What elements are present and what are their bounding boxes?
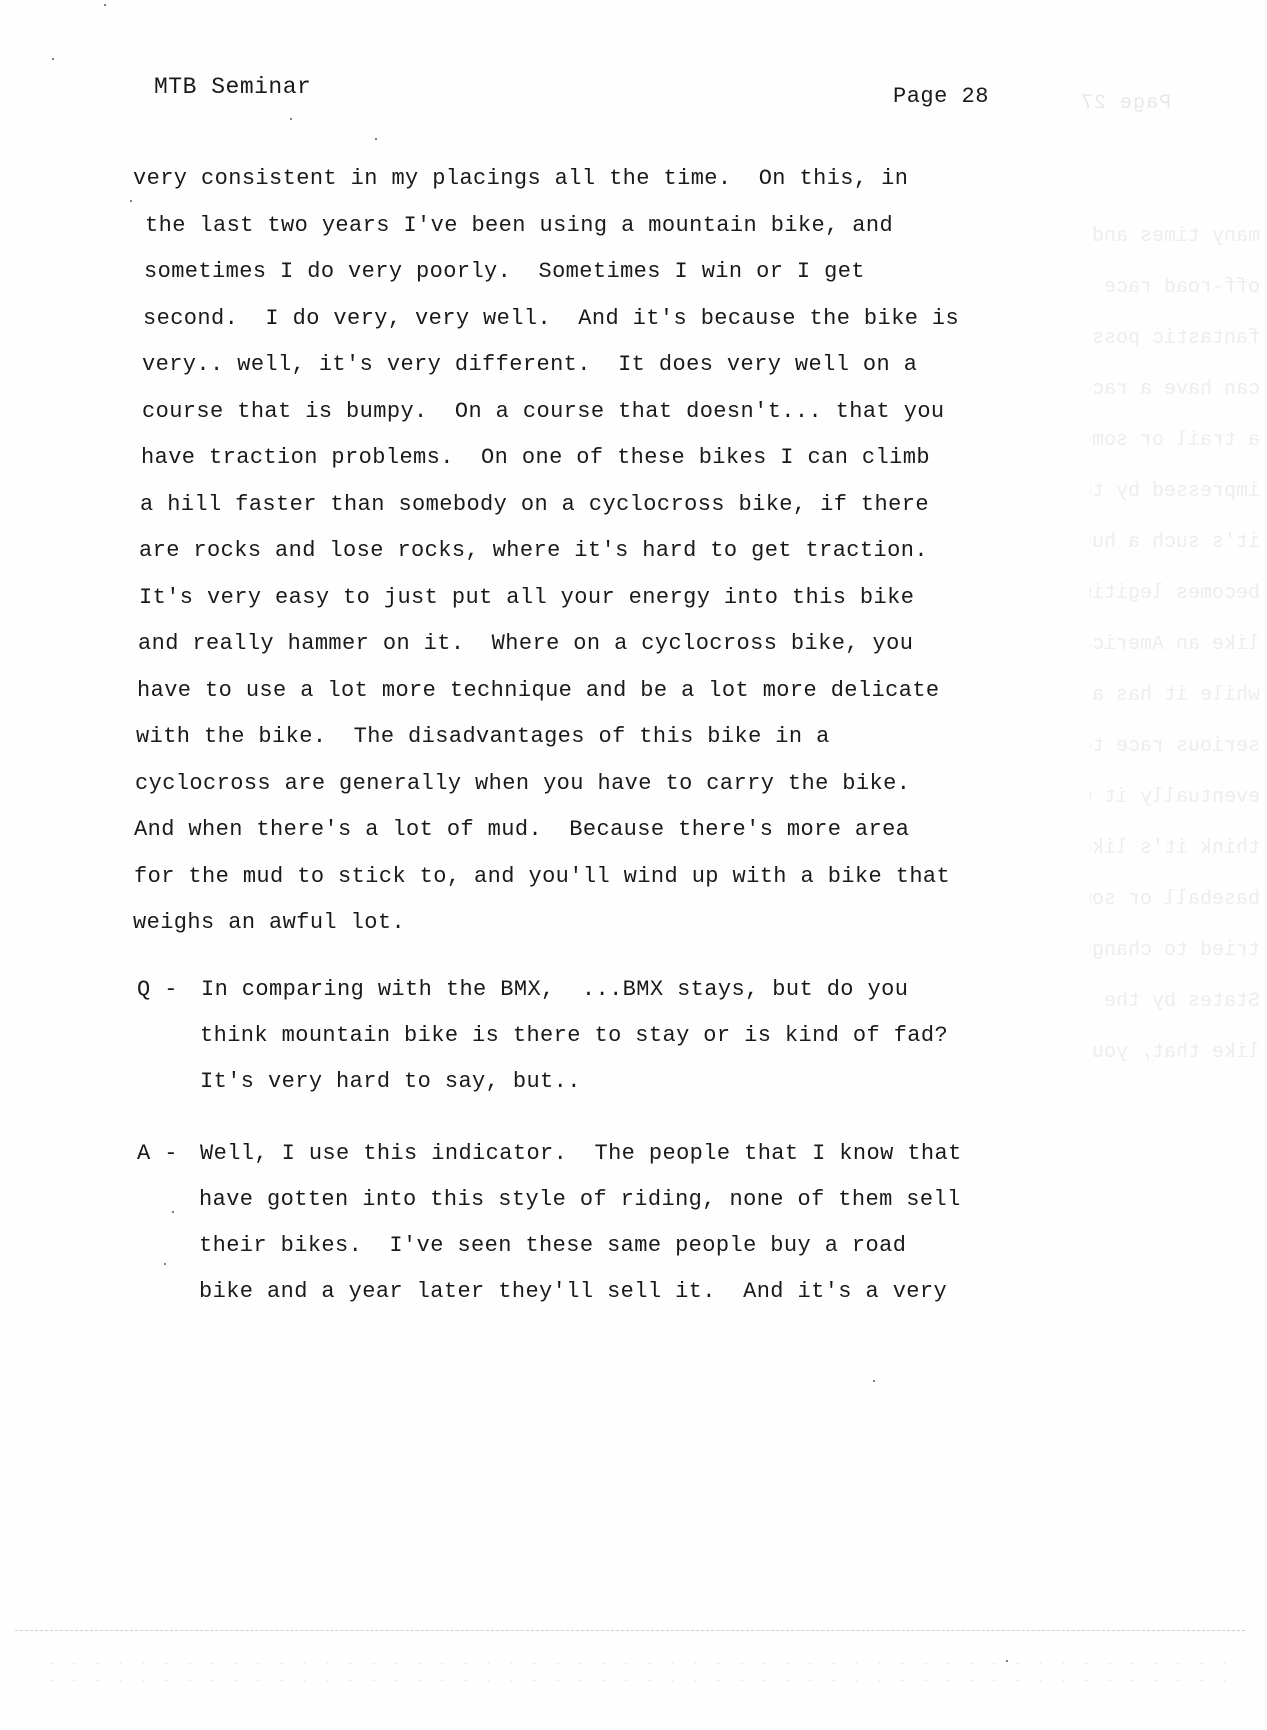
scan-speck bbox=[164, 1263, 166, 1265]
bleed-through-line: serious race too, when you get down to i… bbox=[1090, 735, 1260, 786]
answer-line: their bikes. I've seen these same people… bbox=[199, 1235, 906, 1257]
answer-line: have gotten into this style of riding, n… bbox=[199, 1189, 961, 1211]
bleed-through-line: tried to change the sport of baseball in… bbox=[1090, 939, 1260, 990]
continuation-line: and really hammer on it. Where on a cycl… bbox=[138, 633, 913, 655]
continuation-line: for the mud to stick to, and you'll wind… bbox=[134, 866, 950, 888]
bleed-through-line: eventually it will do very well in those… bbox=[1090, 786, 1260, 837]
continuation-line: a hill faster than somebody on a cyclocr… bbox=[140, 494, 929, 516]
continuation-line: cyclocross are generally when you have t… bbox=[135, 773, 910, 795]
scan-speck bbox=[873, 1380, 875, 1382]
bleed-through-line: think it's like someone trying to change… bbox=[1090, 837, 1260, 888]
bleed-through-line: many times and all the complexities of t… bbox=[1090, 225, 1260, 276]
answer-speaker-label: A - bbox=[137, 1143, 178, 1165]
continuation-line: weighs an awful lot. bbox=[133, 912, 405, 934]
continuation-line: the last two years I've been using a mou… bbox=[145, 215, 893, 237]
bleed-through-line: it's such a huge challenge. I think that… bbox=[1090, 531, 1260, 582]
continuation-line: And when there's a lot of mud. Because t… bbox=[134, 819, 909, 841]
bleed-through-line: like an American cowboy idea to a lot of… bbox=[1090, 633, 1260, 684]
question-line: It's very hard to say, but.. bbox=[200, 1071, 581, 1093]
bleed-through-line: while it has all that going for it, it a… bbox=[1090, 684, 1260, 735]
question-line: In comparing with the BMX, ...BMX stays,… bbox=[201, 979, 908, 1001]
answer-line: Well, I use this indicator. The people t… bbox=[200, 1143, 962, 1165]
continuation-line: have to use a lot more technique and be … bbox=[137, 680, 940, 702]
scan-speck bbox=[375, 138, 377, 140]
bleed-through-line: like that, you would find a lot of resis… bbox=[1090, 1041, 1260, 1092]
bleed-through-text: many times and all the complexities of t… bbox=[1090, 225, 1260, 1092]
bleed-through-line: States by the addition of a bigger bat, … bbox=[1090, 990, 1260, 1041]
continuation-line: have traction problems. On one of these … bbox=[141, 447, 930, 469]
continuation-line: course that is bumpy. On a course that d… bbox=[142, 401, 945, 423]
document-title: MTB Seminar bbox=[154, 74, 311, 100]
scan-speck bbox=[104, 4, 106, 6]
continuation-line: are rocks and lose rocks, where it's har… bbox=[139, 540, 928, 562]
document-page: Page 27 many times and all the complexit… bbox=[0, 0, 1267, 1730]
bleed-through-page-label: Page 27 bbox=[1080, 92, 1171, 115]
bleed-through-line: becomes legitimized that way. At present… bbox=[1090, 582, 1260, 633]
bleed-through-line: can have a race that goes over a very we… bbox=[1090, 378, 1260, 429]
scan-artifact-line bbox=[15, 1630, 1245, 1632]
continuation-line: very consistent in my placings all the t… bbox=[133, 168, 908, 190]
continuation-line: second. I do very, very well. And it's b… bbox=[143, 308, 959, 330]
question-line: think mountain bike is there to stay or … bbox=[200, 1025, 948, 1047]
page-number: Page 28 bbox=[893, 84, 989, 109]
bleed-through-line: impressed by the fact that you're racing… bbox=[1090, 480, 1260, 531]
continuation-line: It's very easy to just put all your ener… bbox=[139, 587, 914, 609]
bleed-through-line: baseball or something like that. I think… bbox=[1090, 888, 1260, 939]
bleed-through-line: a trail or something like that. And peop… bbox=[1090, 429, 1260, 480]
scan-speck bbox=[52, 58, 54, 60]
continuation-line: very.. well, it's very different. It doe… bbox=[142, 354, 917, 376]
continuation-line: sometimes I do very poorly. Sometimes I … bbox=[144, 261, 865, 283]
scan-artifact-noise bbox=[40, 1655, 1240, 1695]
bleed-through-line: fantastic possibilities for publicity to… bbox=[1090, 327, 1260, 378]
scan-speck bbox=[130, 200, 132, 202]
scan-speck bbox=[290, 118, 292, 120]
continuation-line: with the bike. The disadvantages of this… bbox=[136, 726, 830, 748]
question-speaker-label: Q - bbox=[137, 979, 178, 1001]
scan-speck bbox=[172, 1211, 174, 1213]
bleed-through-line: off-road race is a beautiful challenge. … bbox=[1090, 276, 1260, 327]
answer-line: bike and a year later they'll sell it. A… bbox=[199, 1281, 947, 1303]
